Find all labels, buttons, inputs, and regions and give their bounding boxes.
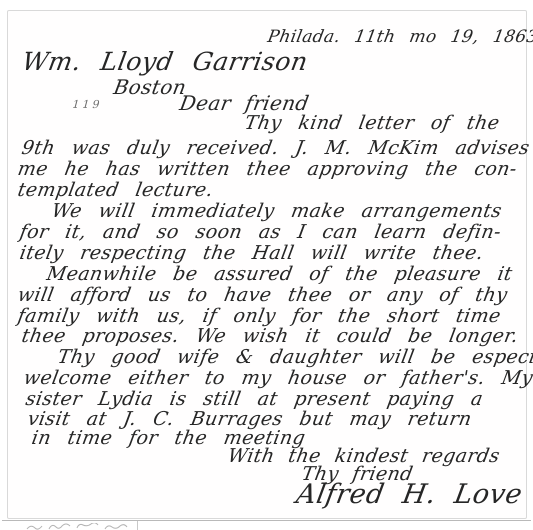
salutation: Dear friend — [178, 92, 311, 114]
letter-line: thee proposes. We wish it could be longe… — [20, 326, 520, 347]
letter-line: templated lecture. — [16, 180, 215, 201]
partial-handwriting — [25, 523, 133, 530]
next-scan-row-border — [2, 520, 531, 521]
next-scan-row-divider — [137, 521, 138, 530]
letter-line: itely respecting the Hall will write the… — [18, 243, 485, 264]
letter-line: Meanwhile be assured of the pleasure it — [45, 264, 514, 285]
letter-line: Thy good wife & daughter will be especia… — [56, 347, 533, 368]
letter-line: me he has written thee approving the con… — [16, 159, 519, 180]
recipient-city: Boston — [112, 76, 188, 98]
page-number-note: 119 — [72, 99, 103, 111]
letter-line: sister Lydia is still at present paying … — [24, 389, 485, 410]
letter-line: welcome either to my house or father's. … — [22, 368, 533, 389]
dateline: Philada. 11th mo 19, 1863 — [266, 28, 533, 47]
recipient-name: Wm. Lloyd Garrison — [20, 48, 310, 76]
letter-line: family with us, if only for the short ti… — [16, 306, 502, 327]
signature: Alfred H. Love — [294, 480, 525, 510]
letter-line: Thy kind letter of the — [243, 113, 501, 134]
letter-line: We will immediately make arrangements — [50, 201, 503, 222]
letter-line: for it, and so soon as I can learn defin… — [18, 222, 503, 243]
letter-scan-page: Philada. 11th mo 19, 1863 Wm. Lloyd Garr… — [0, 0, 533, 530]
letter-line: 9th was duly received. J. M. McKim advis… — [20, 138, 531, 159]
letter-line: will afford us to have thee or any of th… — [16, 285, 509, 306]
